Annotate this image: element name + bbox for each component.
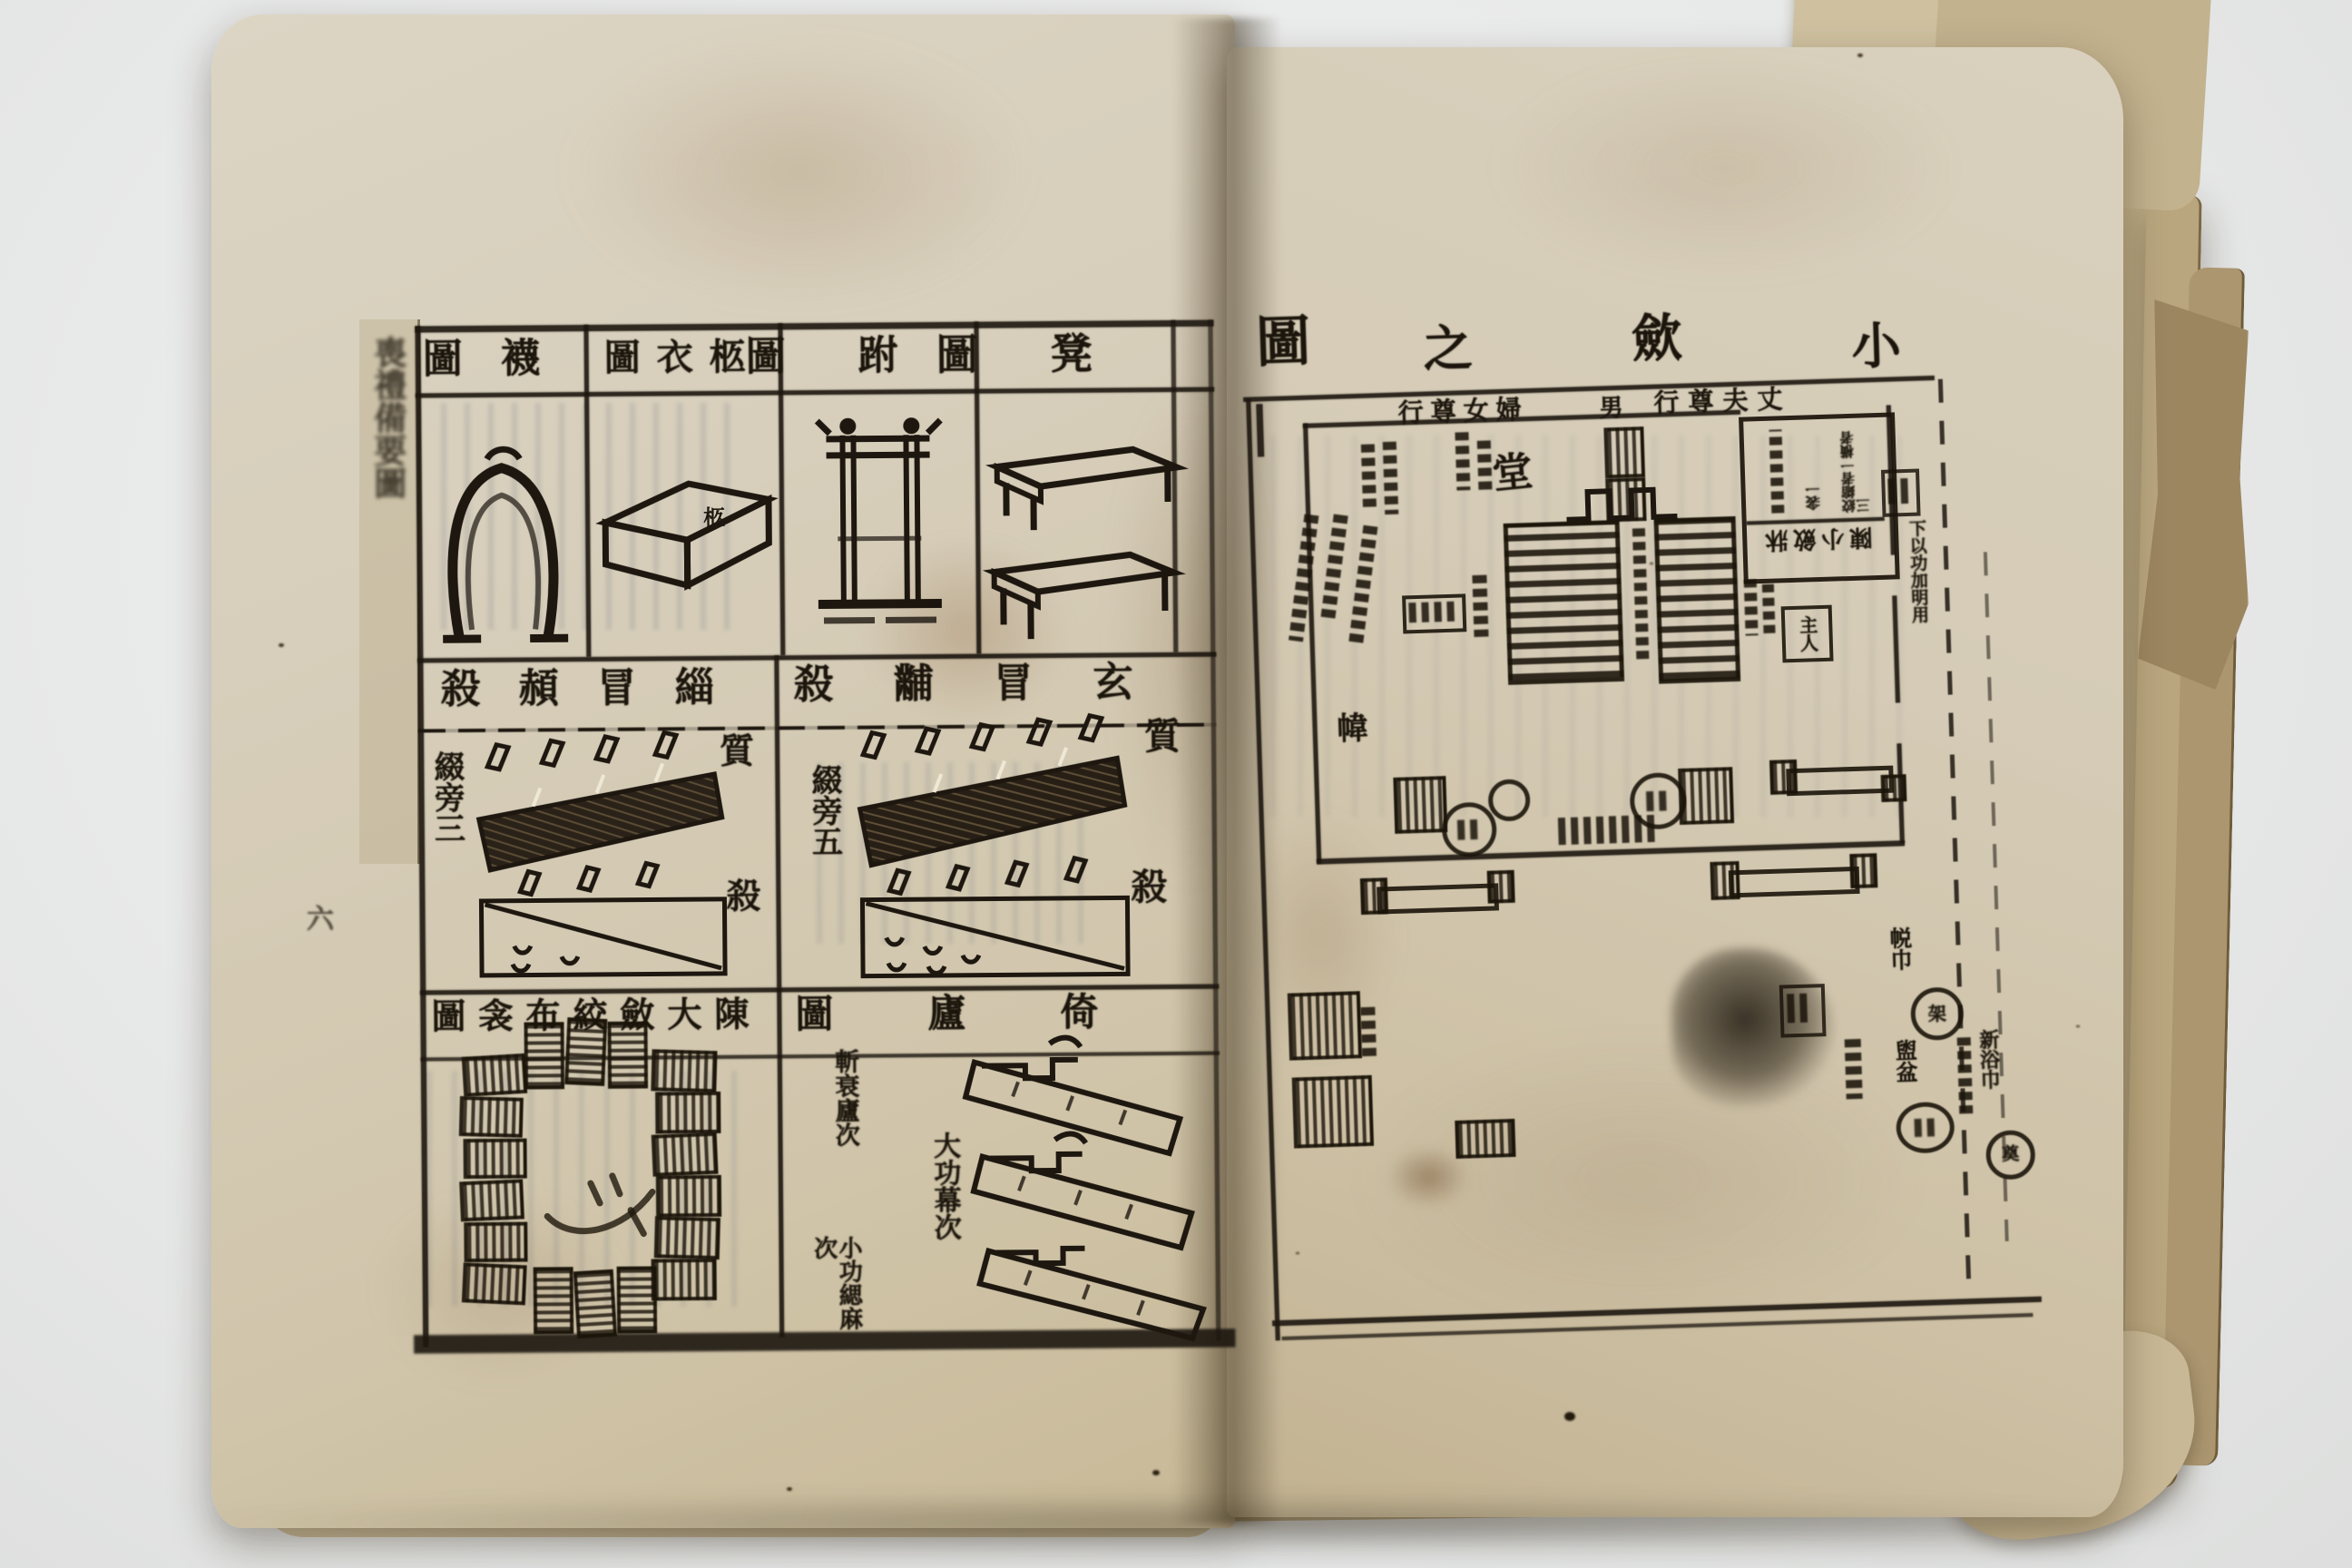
curtain-label: 幃 <box>1337 713 1368 747</box>
label-quality-right: 質 <box>1144 718 1181 756</box>
west-steps-gate <box>1360 868 1507 922</box>
handwritten-mark <box>536 1168 673 1259</box>
person-block <box>1779 984 1827 1038</box>
panel-title-mourning-hut: 倚廬圖 <box>785 992 1202 1035</box>
leaf-number: 六 <box>307 906 334 935</box>
host-box: 主人 <box>1781 605 1834 663</box>
offering-circle: 奠 <box>1985 1130 2036 1181</box>
hall-wall-right-seg <box>1892 595 1900 702</box>
title-char-zhi: 之 <box>1423 323 1474 376</box>
hall-label: 堂 <box>1491 451 1534 496</box>
basin-circle <box>1487 779 1530 821</box>
mat-block <box>1504 520 1625 685</box>
utensil-block <box>1678 767 1734 825</box>
side-label-ties-five: 綴旁五 <box>807 764 839 857</box>
frame-line-right-dashed <box>1938 379 1972 1296</box>
sock-drawing <box>423 411 581 650</box>
supplies-band-label: 陳小斂牀 <box>1752 524 1880 553</box>
utensil-block <box>1393 776 1447 834</box>
illegible-column <box>1769 429 1785 513</box>
margin-note: 下以功加明用 <box>1906 519 1931 720</box>
shelter-label-1: 斬衰廬次 <box>831 1049 857 1158</box>
illegible-column <box>1957 1037 1974 1115</box>
illegible-column <box>1477 440 1493 493</box>
host-label: 主人 <box>1797 615 1817 652</box>
small-box <box>1881 469 1921 517</box>
coffin-char-on-box: 柩 <box>703 505 725 531</box>
shroud-diagram-left <box>469 734 743 983</box>
illegible-column <box>1744 579 1759 635</box>
shroud-panel-title-left: 緇冒頳殺 <box>426 666 766 710</box>
utensil-block <box>1455 1119 1515 1159</box>
title-mark <box>1256 404 1264 456</box>
illegible-column <box>1455 432 1470 490</box>
mourning-hut-steps-drawing <box>964 1039 1220 1340</box>
illegible-column <box>1383 442 1399 514</box>
rack-circle: 架 <box>1910 986 1965 1041</box>
spirit-seat-box <box>1402 593 1466 633</box>
frame-line-bottom <box>1272 1297 2042 1327</box>
stool-drawing <box>980 409 1192 642</box>
title-underline <box>1243 376 1935 402</box>
col-line <box>774 655 781 987</box>
previous-leaf-title-text: 喪禮備要圖 <box>370 336 405 499</box>
basin-circle <box>1441 801 1497 857</box>
rack-label: 架 <box>1927 1004 1946 1024</box>
title-char-xiao: 小 <box>1851 320 1902 373</box>
title-char-lian: 歛 <box>1631 313 1683 368</box>
photo-of-open-woodblock-book: 喪禮備要圖 六 襪圖 柩衣圖 跗圖 凳圖 <box>0 0 2352 1568</box>
side-label-ties-three: 綴旁三 <box>429 750 462 843</box>
mat-block <box>1654 516 1741 684</box>
illegible-column <box>1632 528 1650 662</box>
right-page-diagram-frame: 圖 之 歛 小 婦女尊行 男 丈夫尊行 絞縮者一橫者三 衾一 <box>1240 288 2063 1356</box>
new-towel-label: 新浴巾 <box>1976 1029 2000 1128</box>
illegible-column <box>1762 584 1776 635</box>
col-line <box>777 987 784 1337</box>
panel-title-sock: 襪圖 <box>421 338 581 381</box>
illegible-row <box>1558 815 1661 846</box>
seal-block <box>1292 1075 1374 1149</box>
step-bar <box>1777 754 1897 798</box>
seal-block <box>1288 991 1362 1060</box>
binding-cloth-diagram <box>456 1041 739 1324</box>
offering-label: 奠 <box>2002 1145 2020 1164</box>
shroud-diagram-right <box>852 720 1144 982</box>
book-bottom-shadow <box>209 1495 2160 1550</box>
supplies-col-1: 絞縮者一橫者三 <box>1840 421 1872 513</box>
row-line <box>416 387 1214 398</box>
shroud-panel-title-right: 玄冒黼殺 <box>782 661 1203 707</box>
pedestal-stand-drawing <box>789 402 967 642</box>
slanted-note-block <box>1281 510 1406 666</box>
towel-label: 帨巾 <box>1886 926 1911 991</box>
coffin-cloth-drawing: 柩 <box>593 430 775 632</box>
supplies-col-2: 衾一 <box>1805 428 1823 510</box>
small-dressing-supplies-box: 絞縮者一橫者三 衾一 陳小斂牀 <box>1739 412 1900 583</box>
shelter-label-2: 大功幕次 <box>929 1132 959 1268</box>
basin-label: 盥盆 <box>1892 1039 1916 1107</box>
shelter-label-3: 小功緦麻次 <box>810 1236 860 1338</box>
left-page-diagram-frame: 襪圖 柩衣圖 跗圖 凳圖 柩 <box>415 320 1230 1379</box>
small-label-block <box>1603 426 1645 478</box>
illegible-column <box>1845 1039 1863 1100</box>
previous-leaf-edge: 喪禮備要圖 <box>359 319 420 864</box>
basin-circle <box>1896 1102 1955 1154</box>
illegible-column <box>1361 444 1377 509</box>
east-steps-gate <box>1710 851 1873 907</box>
illegible-column <box>1360 1007 1377 1058</box>
illegible-column <box>1472 575 1488 637</box>
title-char-tu: 圖 <box>1255 314 1311 373</box>
panel-title-stool: 凳圖 <box>980 331 1165 377</box>
